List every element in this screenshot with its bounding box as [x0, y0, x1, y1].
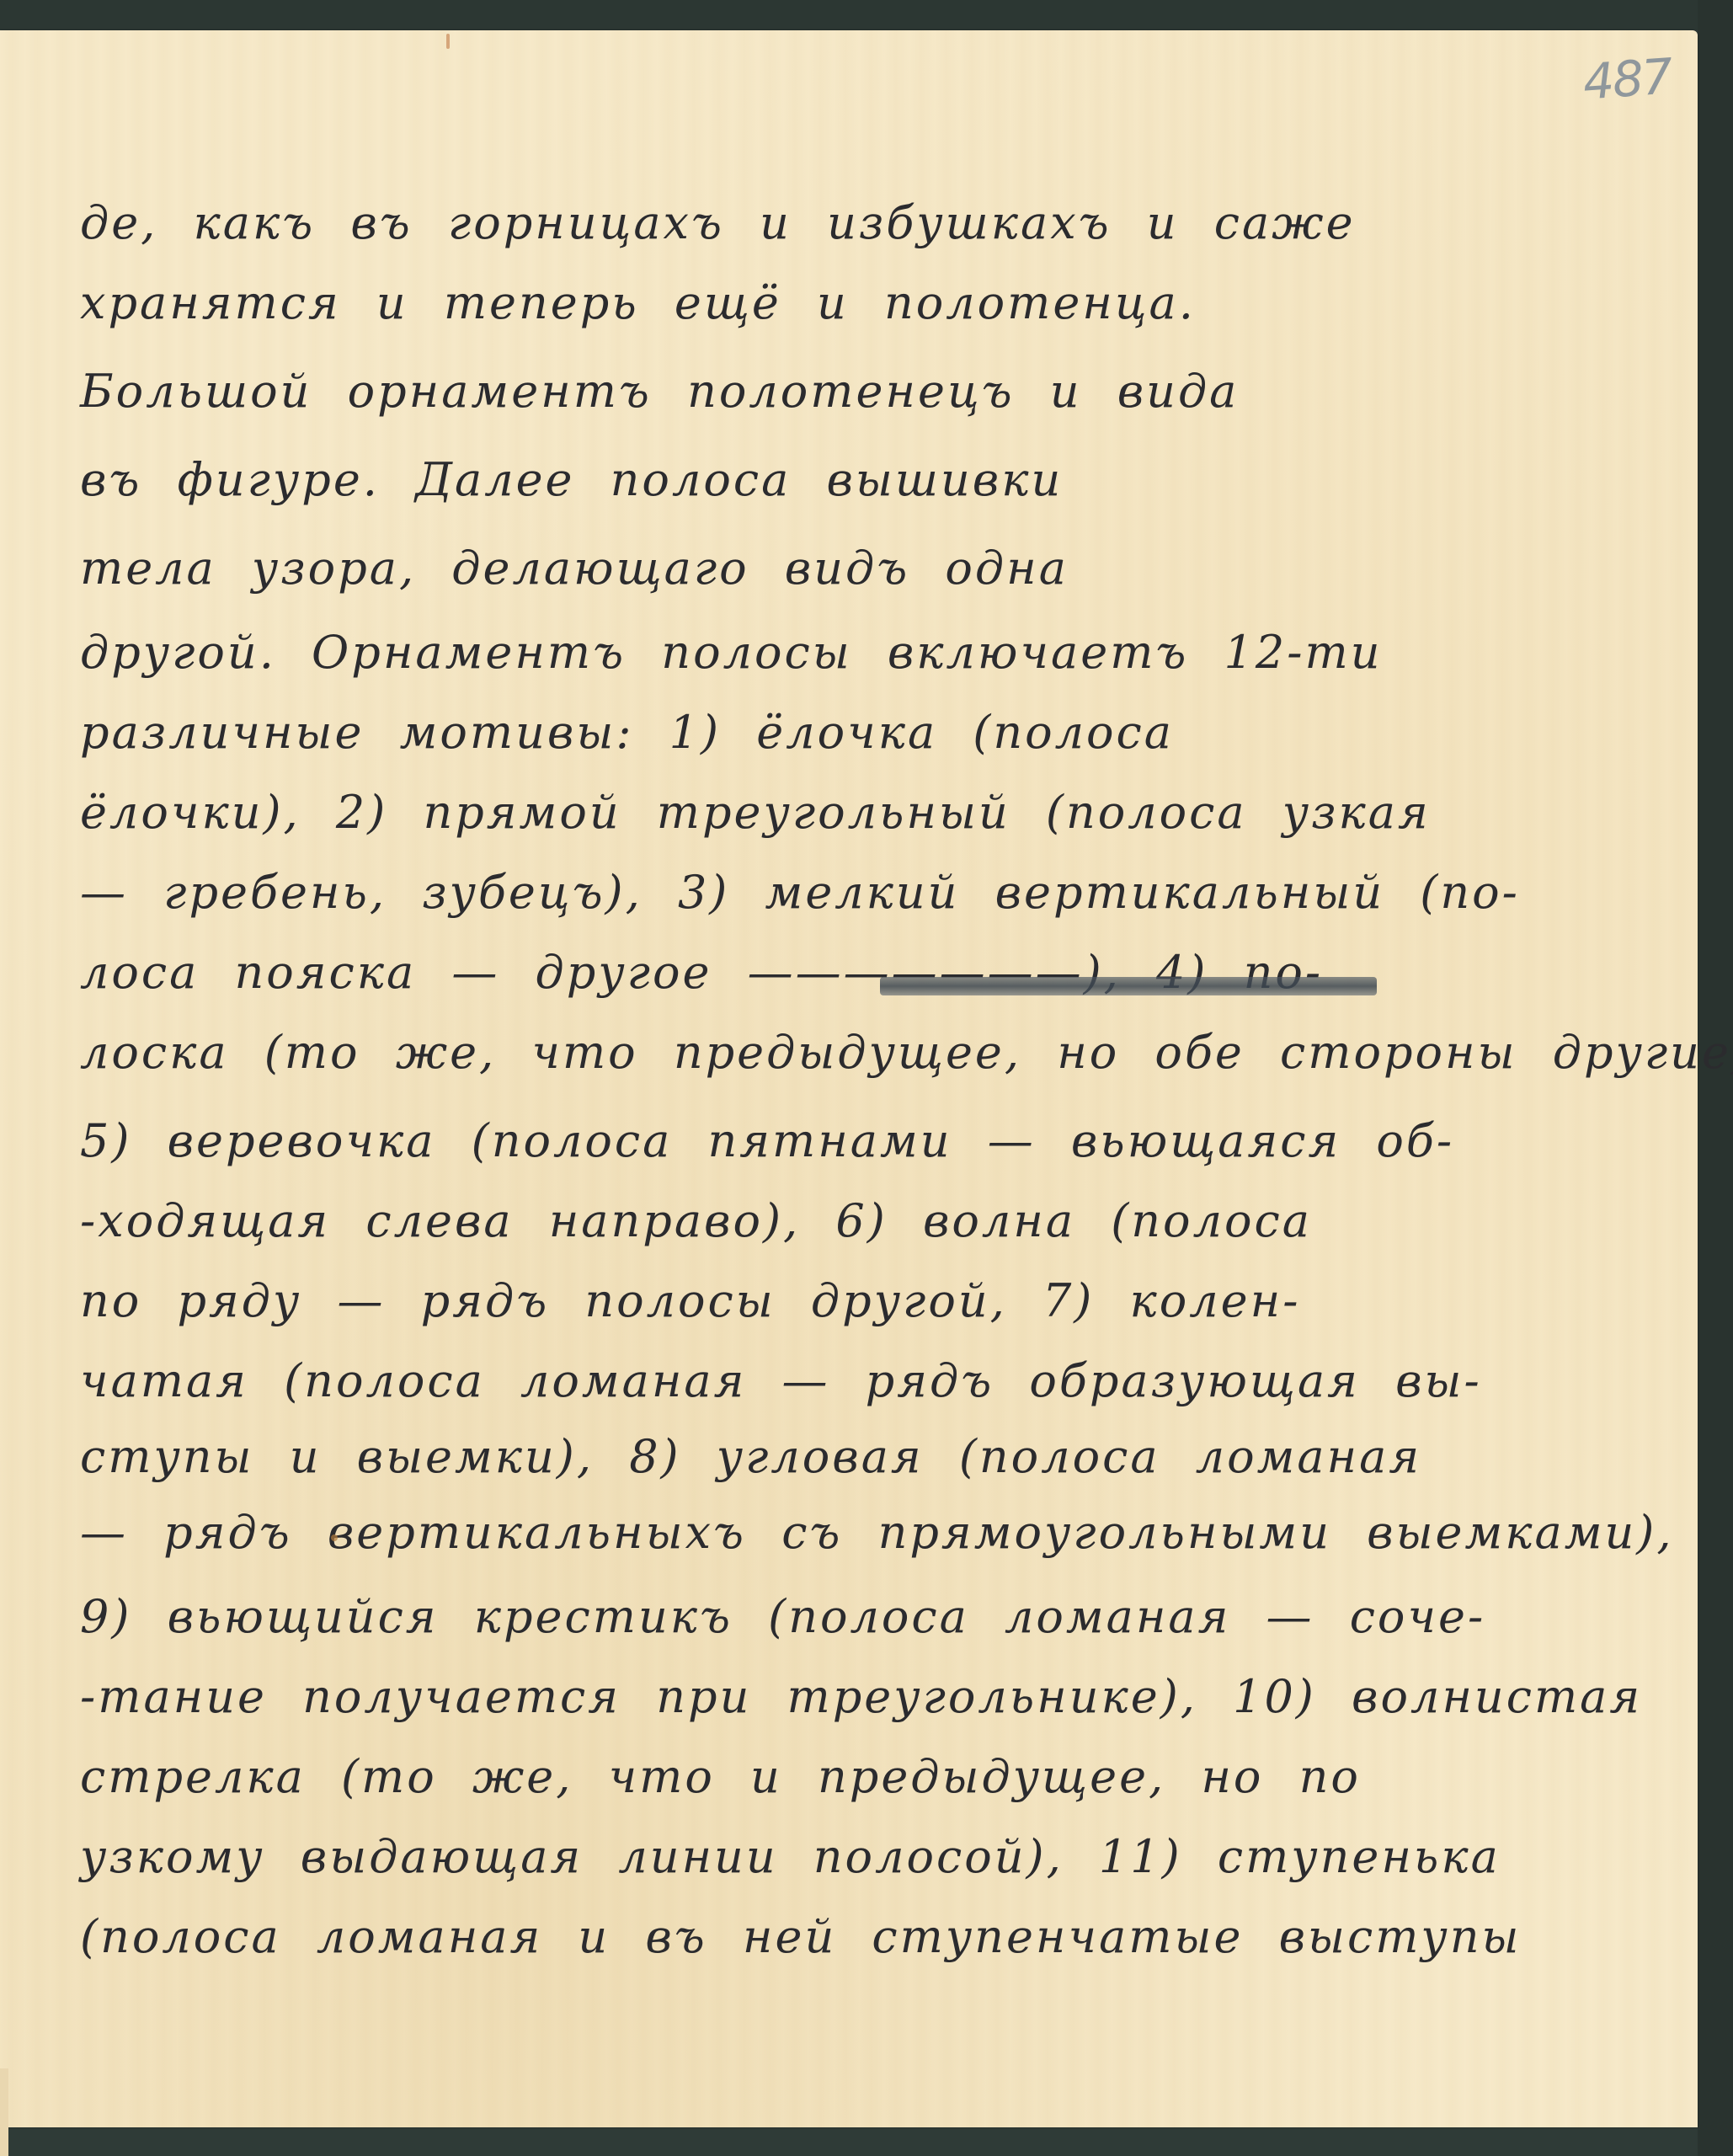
strikeout-mark — [880, 977, 1377, 995]
scan-background-top — [0, 0, 1733, 30]
text-line: Большой орнаментъ полотенецъ и вида — [80, 358, 1663, 425]
text-line: лоска (то же, что предыдущее, но обе сто… — [80, 1019, 1663, 1086]
text-line: стрелка (то же, что и предыдущее, но по — [80, 1743, 1663, 1811]
paper-edge-fold — [0, 2068, 8, 2156]
text-line: ступы и выемки), 8) угловая (полоса лома… — [80, 1423, 1663, 1491]
text-line: де, какъ въ горницахъ и избушкахъ и саже — [80, 189, 1663, 257]
ink-speck — [331, 1534, 338, 1541]
text-line: хранятся и теперь ещё и полотенца. — [80, 269, 1663, 337]
text-line: другой. Орнаментъ полосы включаетъ 12-ти — [80, 619, 1663, 686]
paper-mark — [446, 34, 450, 49]
text-line: — рядъ вертикальныхъ съ прямоугольными в… — [80, 1499, 1663, 1566]
text-line: въ фигуре. Далее полоса вышивки — [80, 446, 1663, 514]
text-line: ёлочки), 2) прямой треугольный (полоса у… — [80, 779, 1663, 846]
text-line: тела узора, делающаго видъ одна — [80, 535, 1663, 602]
text-line: 5) веревочка (полоса пятнами — вьющаяся … — [80, 1107, 1663, 1175]
folio-number: 487 — [1581, 47, 1673, 110]
text-line: (полоса ломаная и въ ней ступенчатые выс… — [80, 1903, 1663, 1971]
text-line: чатая (полоса ломаная — рядъ образующая … — [80, 1347, 1663, 1415]
text-line: узкому выдающая линии полосой), 11) ступ… — [80, 1823, 1663, 1891]
text-line: — гребень, зубецъ), 3) мелкий вертикальн… — [80, 859, 1663, 926]
text-line: лоса пояска — другое ———————), 4) по- — [80, 939, 1663, 1006]
text-line: различные мотивы: 1) ёлочка (полоса — [80, 699, 1663, 766]
text-line: -ходящая слева направо), 6) волна (полос… — [80, 1187, 1663, 1255]
text-line: -тание получается при треугольнике), 10)… — [80, 1663, 1663, 1731]
text-line: 9) вьющийся крестикъ (полоса ломаная — с… — [80, 1583, 1663, 1651]
text-line: по ряду — рядъ полосы другой, 7) колен- — [80, 1267, 1663, 1335]
